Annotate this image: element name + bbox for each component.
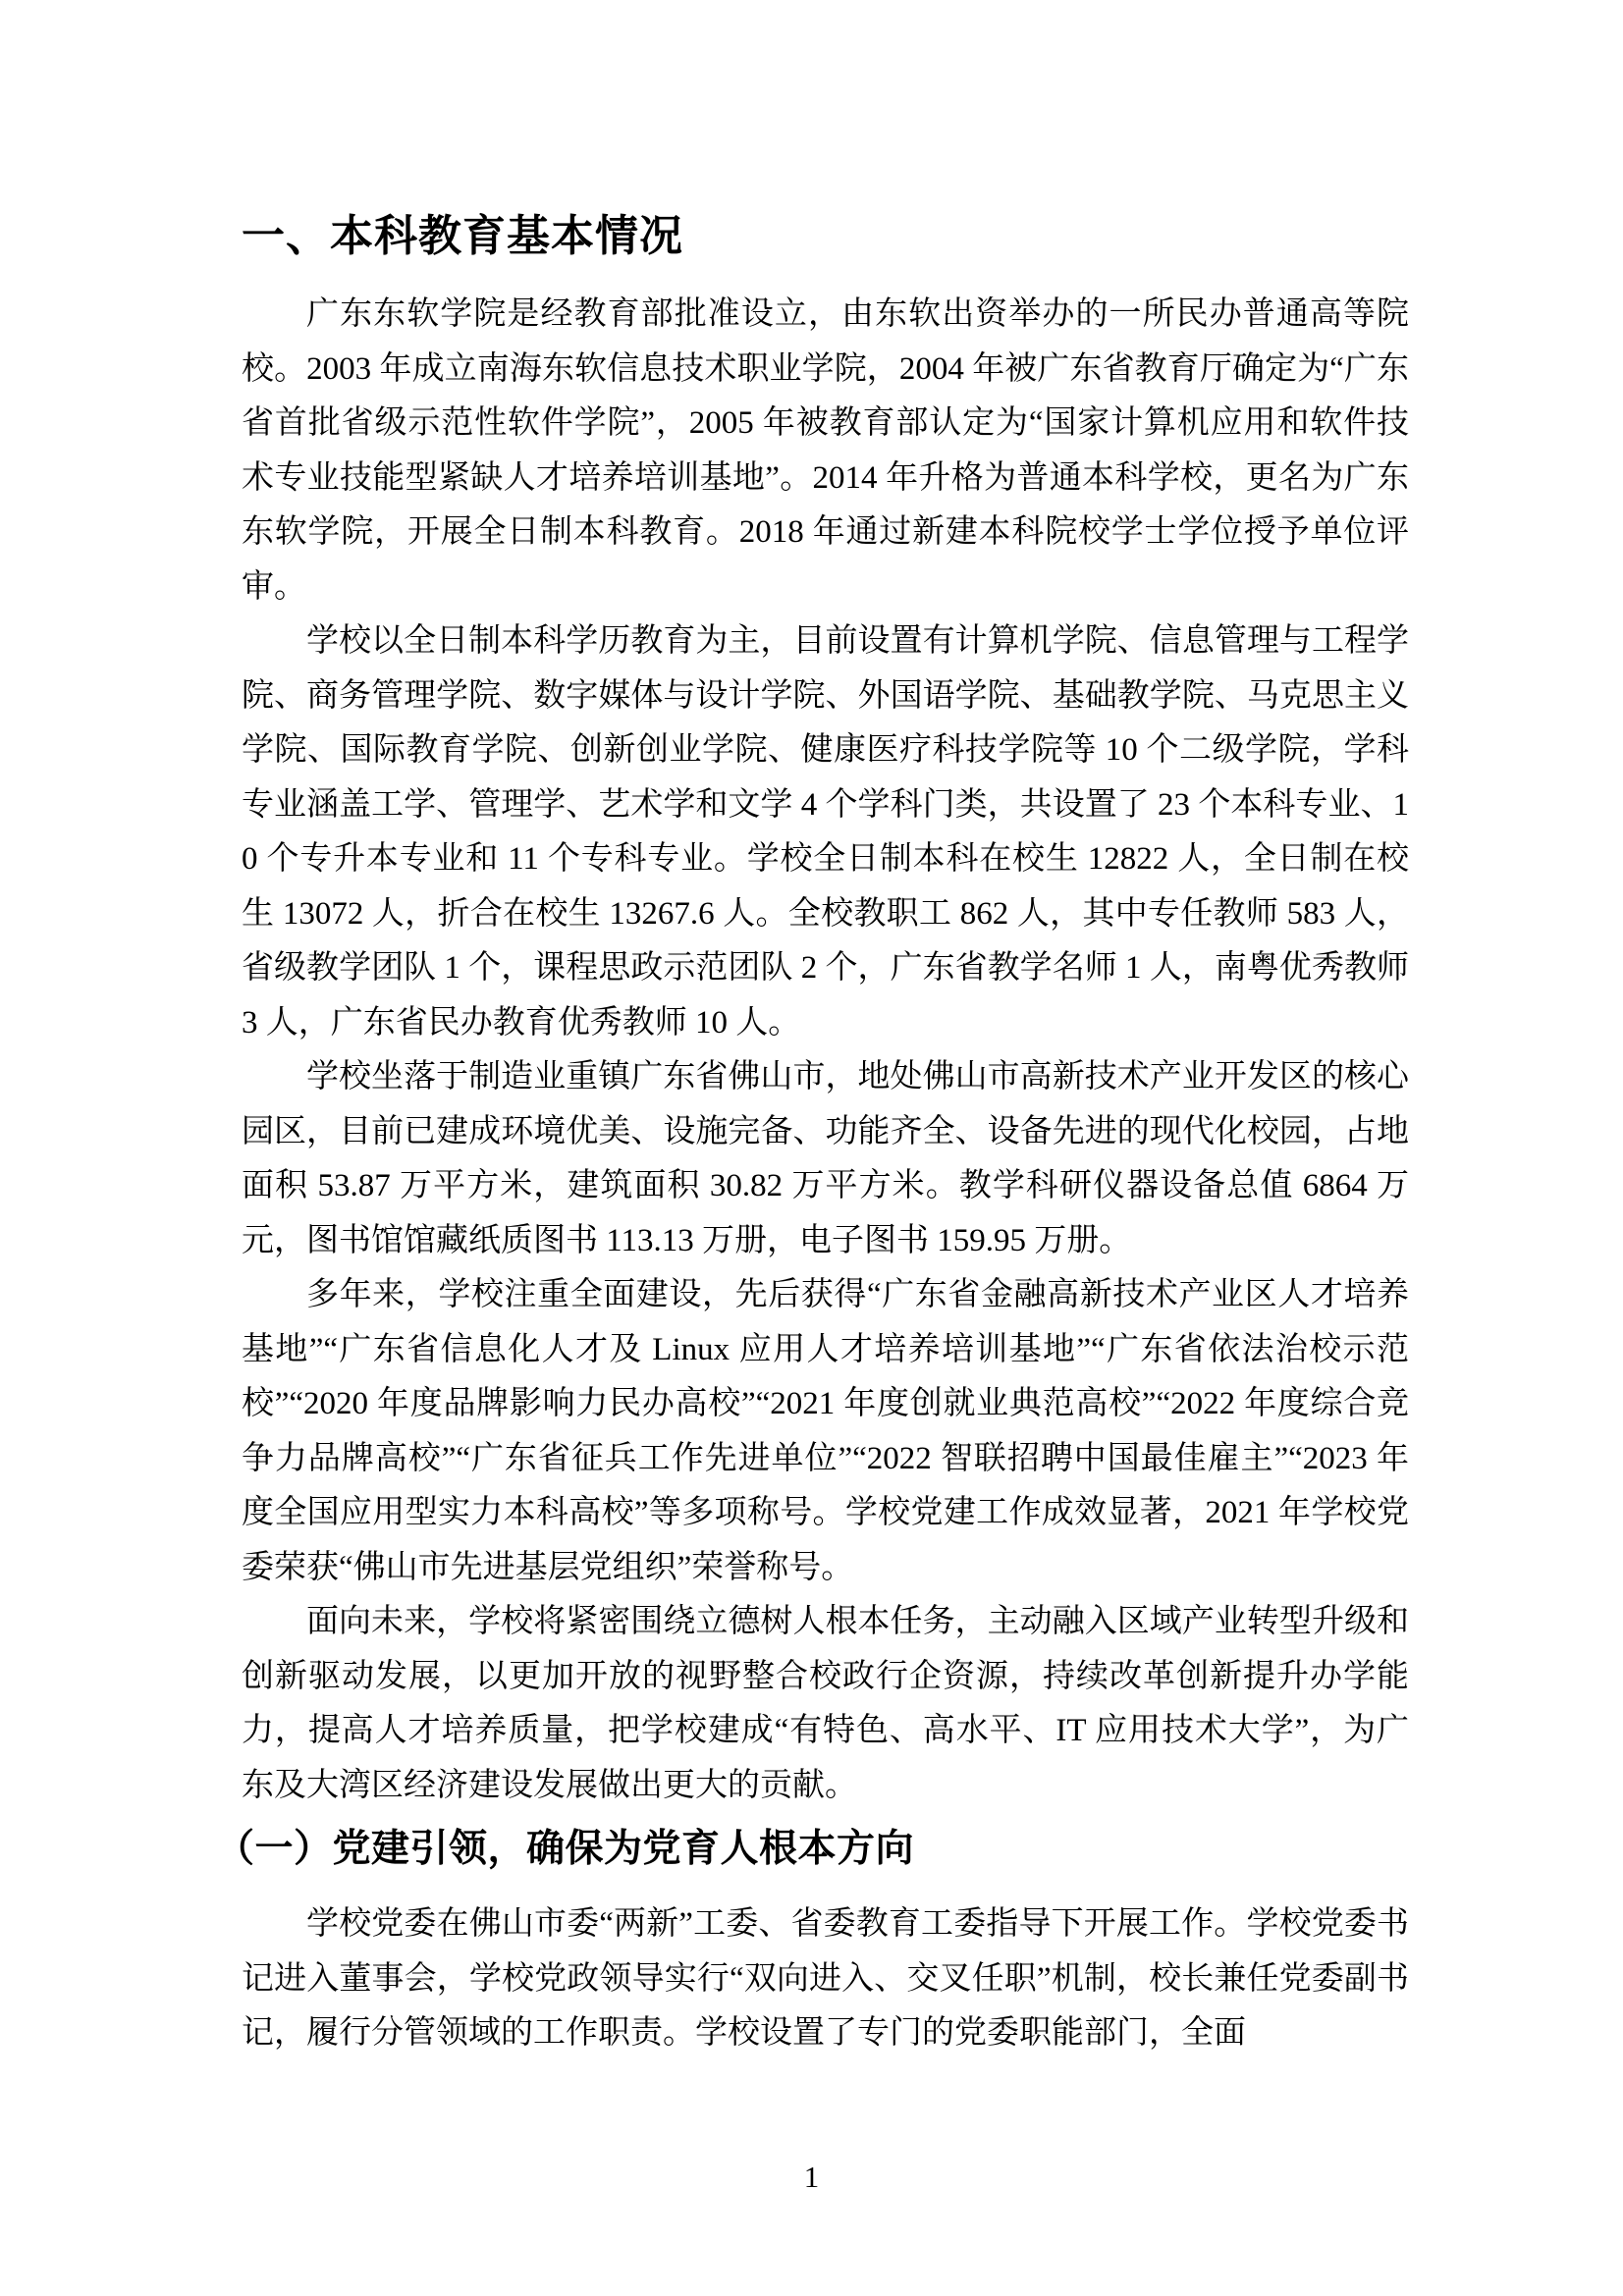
paragraph-school-intro: 广东东软学院是经教育部批准设立，由东软出资举办的一所民办普通高等院校。2003 … <box>242 288 1409 614</box>
paragraph-campus-facilities: 学校坐落于制造业重镇广东省佛山市，地处佛山市高新技术产业开发区的核心园区，目前已… <box>242 1050 1409 1268</box>
paragraph-honors: 多年来，学校注重全面建设，先后获得“广东省金融高新技术产业区人才培养基地”“广东… <box>242 1268 1409 1595</box>
page-number: 1 <box>0 2156 1623 2199</box>
document-page: 一、本科教育基本情况 广东东软学院是经教育部批准设立，由东软出资举办的一所民办普… <box>0 0 1623 2296</box>
paragraph-future-vision: 面向未来，学校将紧密围绕立德树人根本任务，主动融入区域产业转型升级和创新驱动发展… <box>242 1595 1409 1813</box>
paragraph-schools-and-enrollment: 学校以全日制本科学历教育为主，目前设置有计算机学院、信息管理与工程学院、商务管理… <box>242 614 1409 1050</box>
paragraph-party-committee: 学校党委在佛山市委“两新”工委、省委教育工委指导下开展工作。学校党委书记进入董事… <box>242 1897 1409 2061</box>
subsection-heading: （一）党建引领，确保为党育人根本方向 <box>216 1820 1409 1879</box>
section-heading: 一、本科教育基本情况 <box>242 204 1409 269</box>
